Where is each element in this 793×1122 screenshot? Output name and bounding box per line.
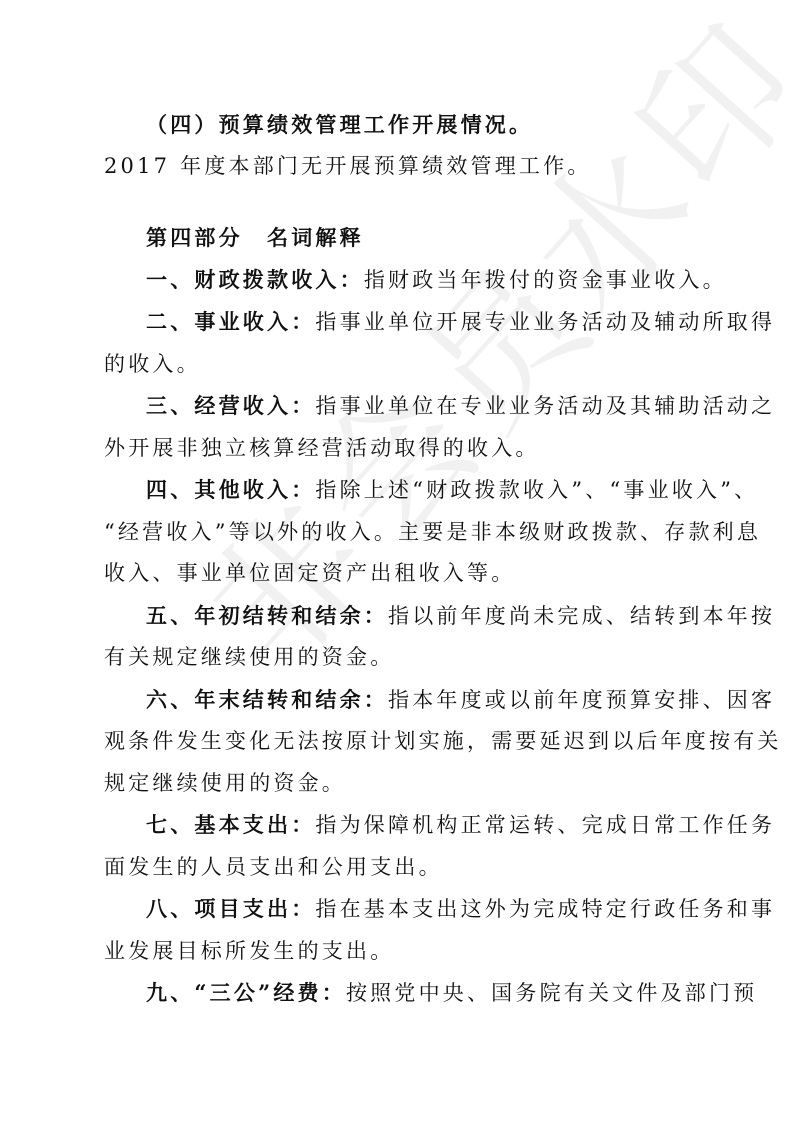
term-text: 按照党中央、国务院有关文件及部门预 bbox=[346, 981, 757, 1005]
term-label: 七、基本支出： bbox=[146, 812, 315, 837]
term-definition: 六、年末结转和结余：指本年度或以前年度预算安排、因客 观条件发生变化无法按原计划… bbox=[104, 679, 692, 805]
term-label: 一、财政拨款收入： bbox=[146, 267, 364, 292]
term-text: 指除上述“财政拨款收入”、“事业收入”、 bbox=[315, 478, 758, 502]
term-definition: 八、项目支出：指在基本支出这外为完成特定行政任务和事 业发展目标所发生的支出。 bbox=[104, 888, 692, 972]
term-text: 指以前年度尚未完成、结转到本年按 bbox=[388, 604, 775, 628]
term-text: 指财政当年拨付的资金事业收入。 bbox=[364, 268, 727, 292]
term-definition: 二、事业收入：指事业单位开展专业业务活动及辅动所取得 的收入。 bbox=[104, 301, 692, 385]
document-page: 非会员水印 （四）预算绩效管理工作开展情况。 2017 年度本部门无开展预算绩效… bbox=[0, 0, 793, 1122]
term-text: 规定继续使用的资金。 bbox=[104, 763, 692, 805]
spacer bbox=[104, 187, 692, 217]
term-definition: 九、“三公”经费：按照党中央、国务院有关文件及部门预 bbox=[104, 972, 692, 1015]
term-text: 业发展目标所发生的支出。 bbox=[104, 931, 692, 973]
document-body: （四）预算绩效管理工作开展情况。 2017 年度本部门无开展预算绩效管理工作。 … bbox=[104, 104, 692, 1015]
term-definition: 七、基本支出：指为保障机构正常运转、完成日常工作任务 面发生的人员支出和公用支出… bbox=[104, 804, 692, 888]
term-text: 的收入。 bbox=[104, 344, 692, 386]
term-label: 六、年末结转和结余： bbox=[146, 687, 388, 712]
section-heading: （四）预算绩效管理工作开展情况。 bbox=[104, 104, 692, 146]
term-label: 八、项目支出： bbox=[146, 896, 315, 921]
term-text: 观条件发生变化无法按原计划实施，需要延迟到以后年度按有关 bbox=[104, 721, 692, 763]
term-definition: 一、财政拨款收入：指财政当年拨付的资金事业收入。 bbox=[104, 259, 692, 302]
term-label: 五、年初结转和结余： bbox=[146, 603, 388, 628]
term-text: 面发生的人员支出和公用支出。 bbox=[104, 847, 692, 889]
term-text: 有关规定继续使用的资金。 bbox=[104, 637, 692, 679]
term-definition: 五、年初结转和结余：指以前年度尚未完成、结转到本年按 有关规定继续使用的资金。 bbox=[104, 595, 692, 679]
term-text: 指本年度或以前年度预算安排、因客 bbox=[388, 688, 775, 712]
term-label: 二、事业收入： bbox=[146, 309, 315, 334]
term-label: 四、其他收入： bbox=[146, 477, 315, 502]
term-text: 外开展非独立核算经营活动取得的收入。 bbox=[104, 428, 692, 470]
term-text: 指在基本支出这外为完成特定行政任务和事 bbox=[315, 897, 775, 921]
term-label: 九、“三公”经费： bbox=[146, 980, 346, 1005]
term-text: 指事业单位开展专业业务活动及辅动所取得 bbox=[315, 310, 775, 334]
term-text: “经营收入”等以外的收入。主要是非本级财政拨款、存款利息 bbox=[104, 512, 692, 554]
term-text: 指事业单位在专业业务活动及其辅助活动之 bbox=[315, 394, 775, 418]
term-text: 收入、事业单位固定资产出租收入等。 bbox=[104, 553, 692, 595]
section-body: 2017 年度本部门无开展预算绩效管理工作。 bbox=[104, 146, 692, 188]
term-text: 指为保障机构正常运转、完成日常工作任务 bbox=[315, 813, 775, 837]
term-definition: 三、经营收入：指事业单位在专业业务活动及其辅助活动之 外开展非独立核算经营活动取… bbox=[104, 385, 692, 469]
term-definition: 四、其他收入：指除上述“财政拨款收入”、“事业收入”、 “经营收入”等以外的收入… bbox=[104, 469, 692, 595]
term-label: 三、经营收入： bbox=[146, 393, 315, 418]
part-title: 第四部分 名词解释 bbox=[104, 217, 692, 259]
